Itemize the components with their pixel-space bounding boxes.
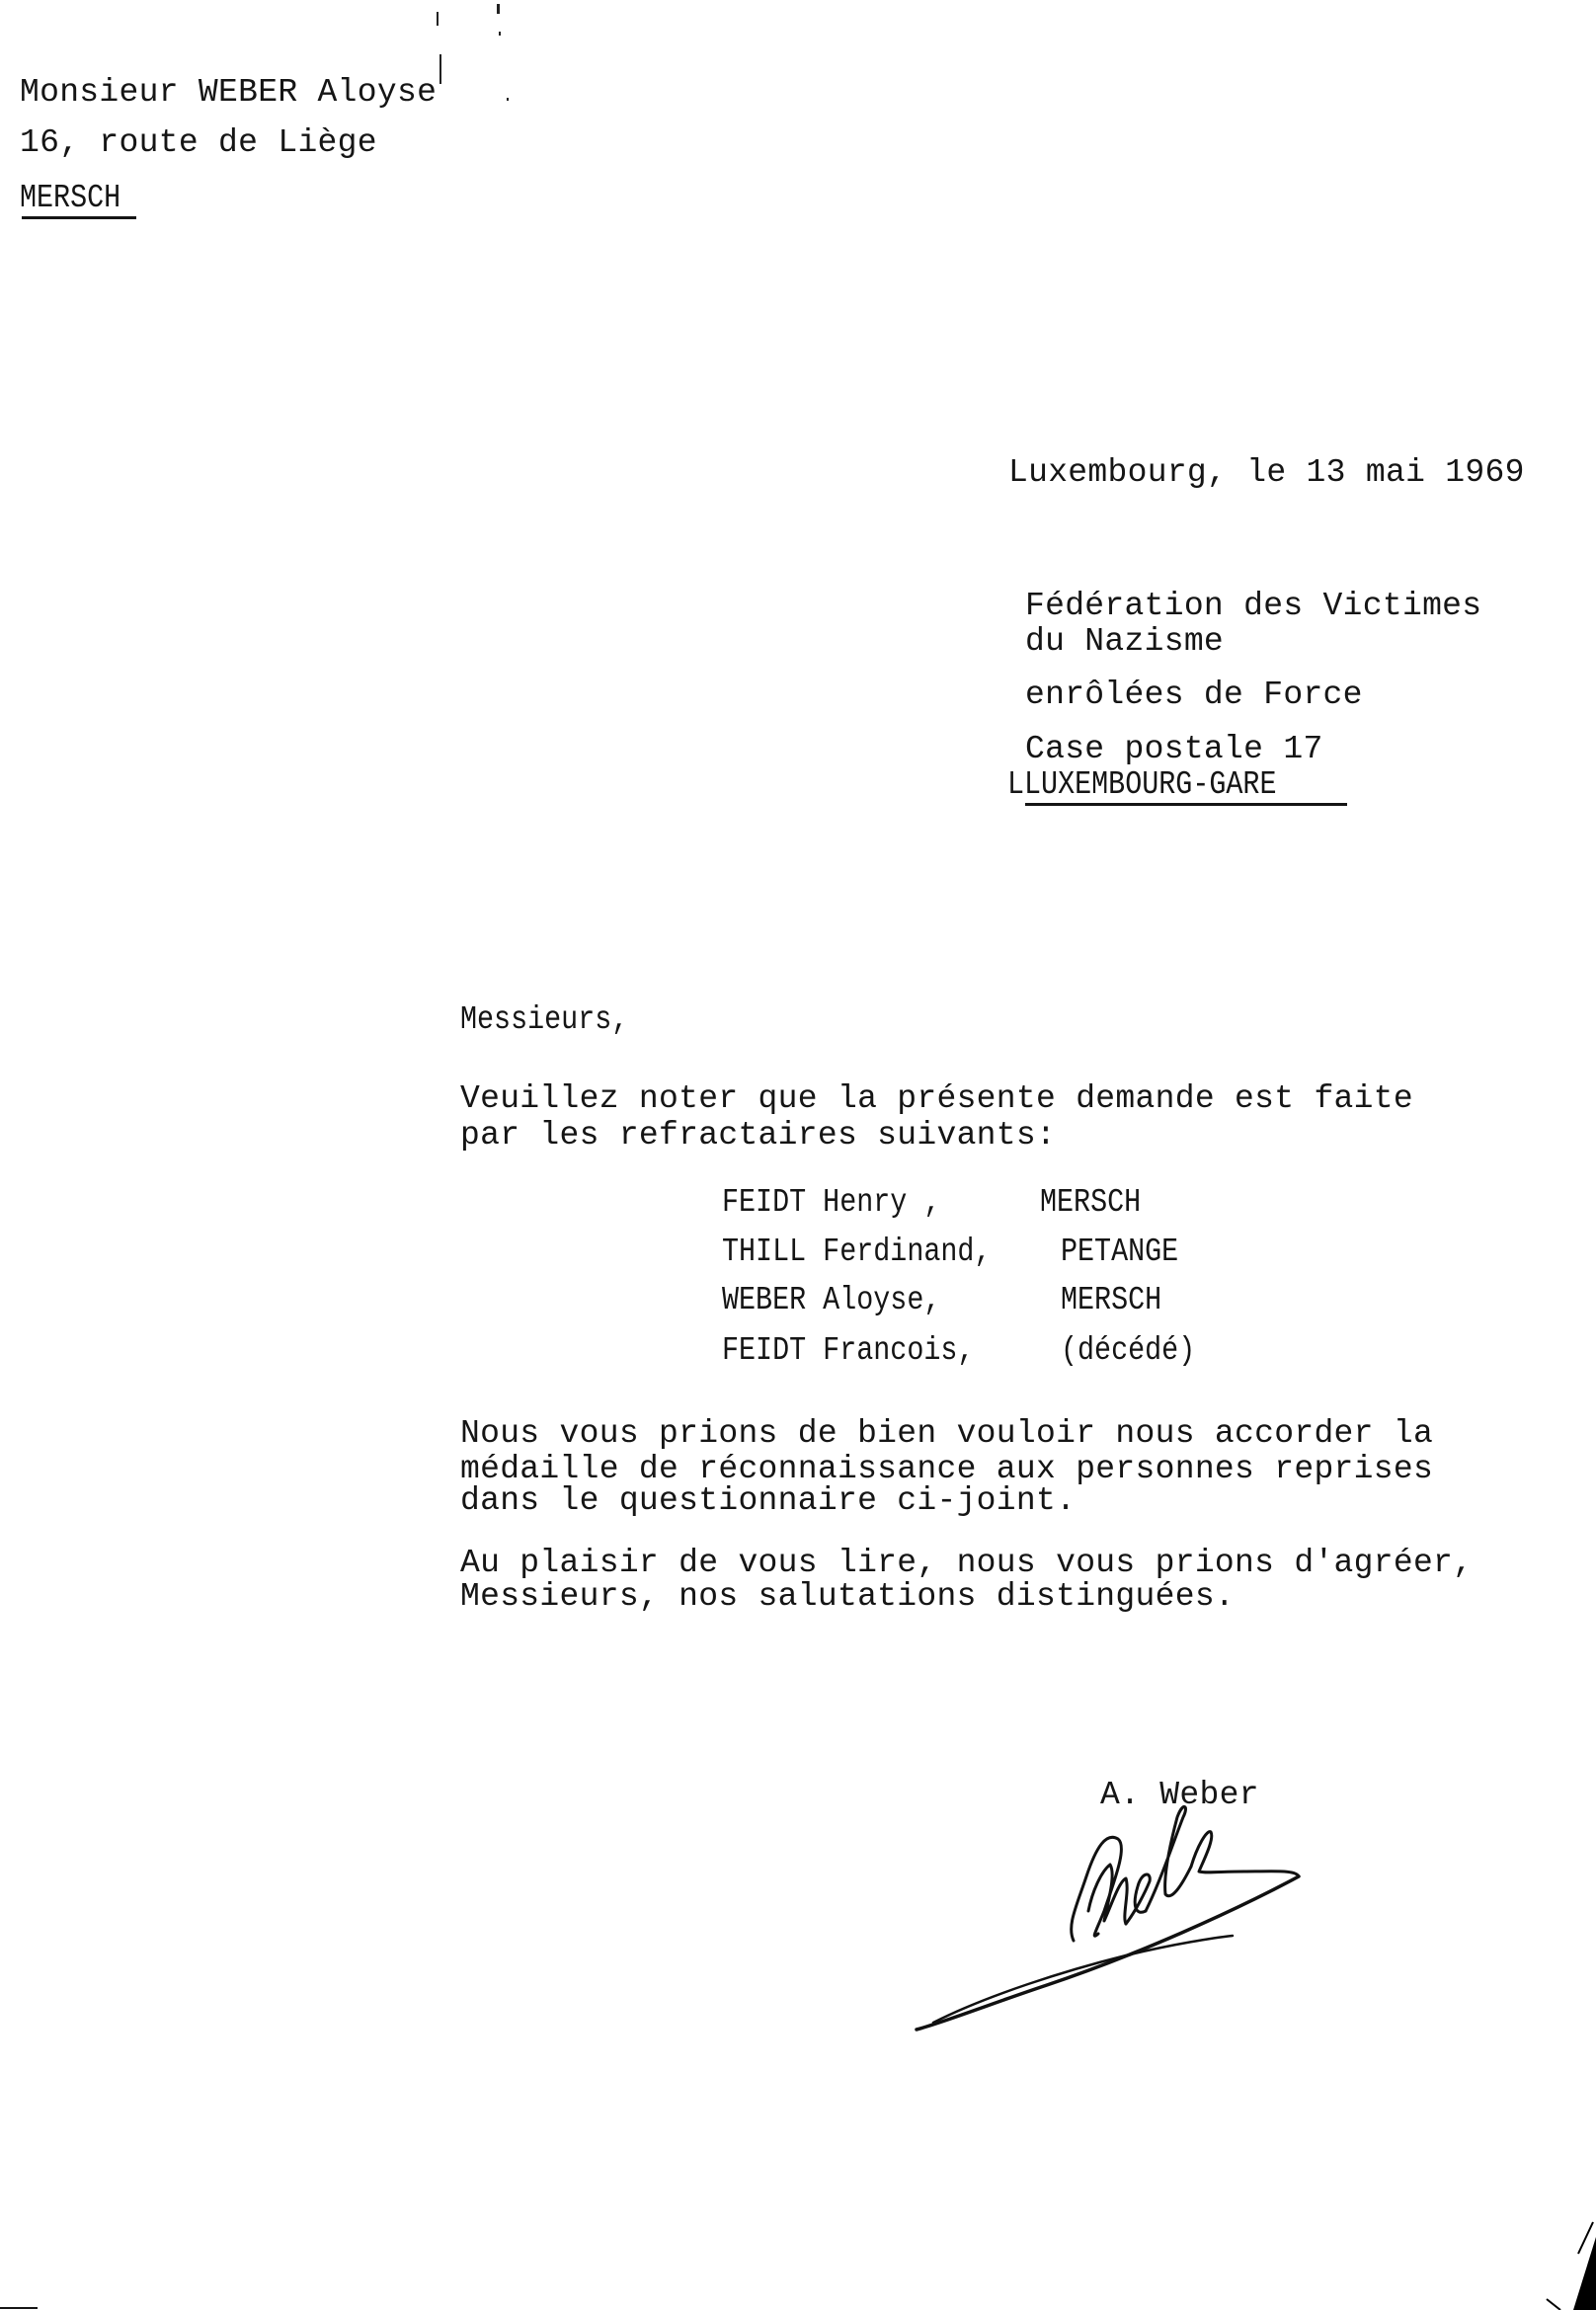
signature-icon: [0, 0, 1596, 2310]
letter-page: Monsieur WEBER Aloyse 16, route de Liège…: [0, 0, 1596, 2310]
scan-edge-line: [0, 2307, 38, 2309]
corner-fold-artifact: [1541, 2212, 1596, 2310]
